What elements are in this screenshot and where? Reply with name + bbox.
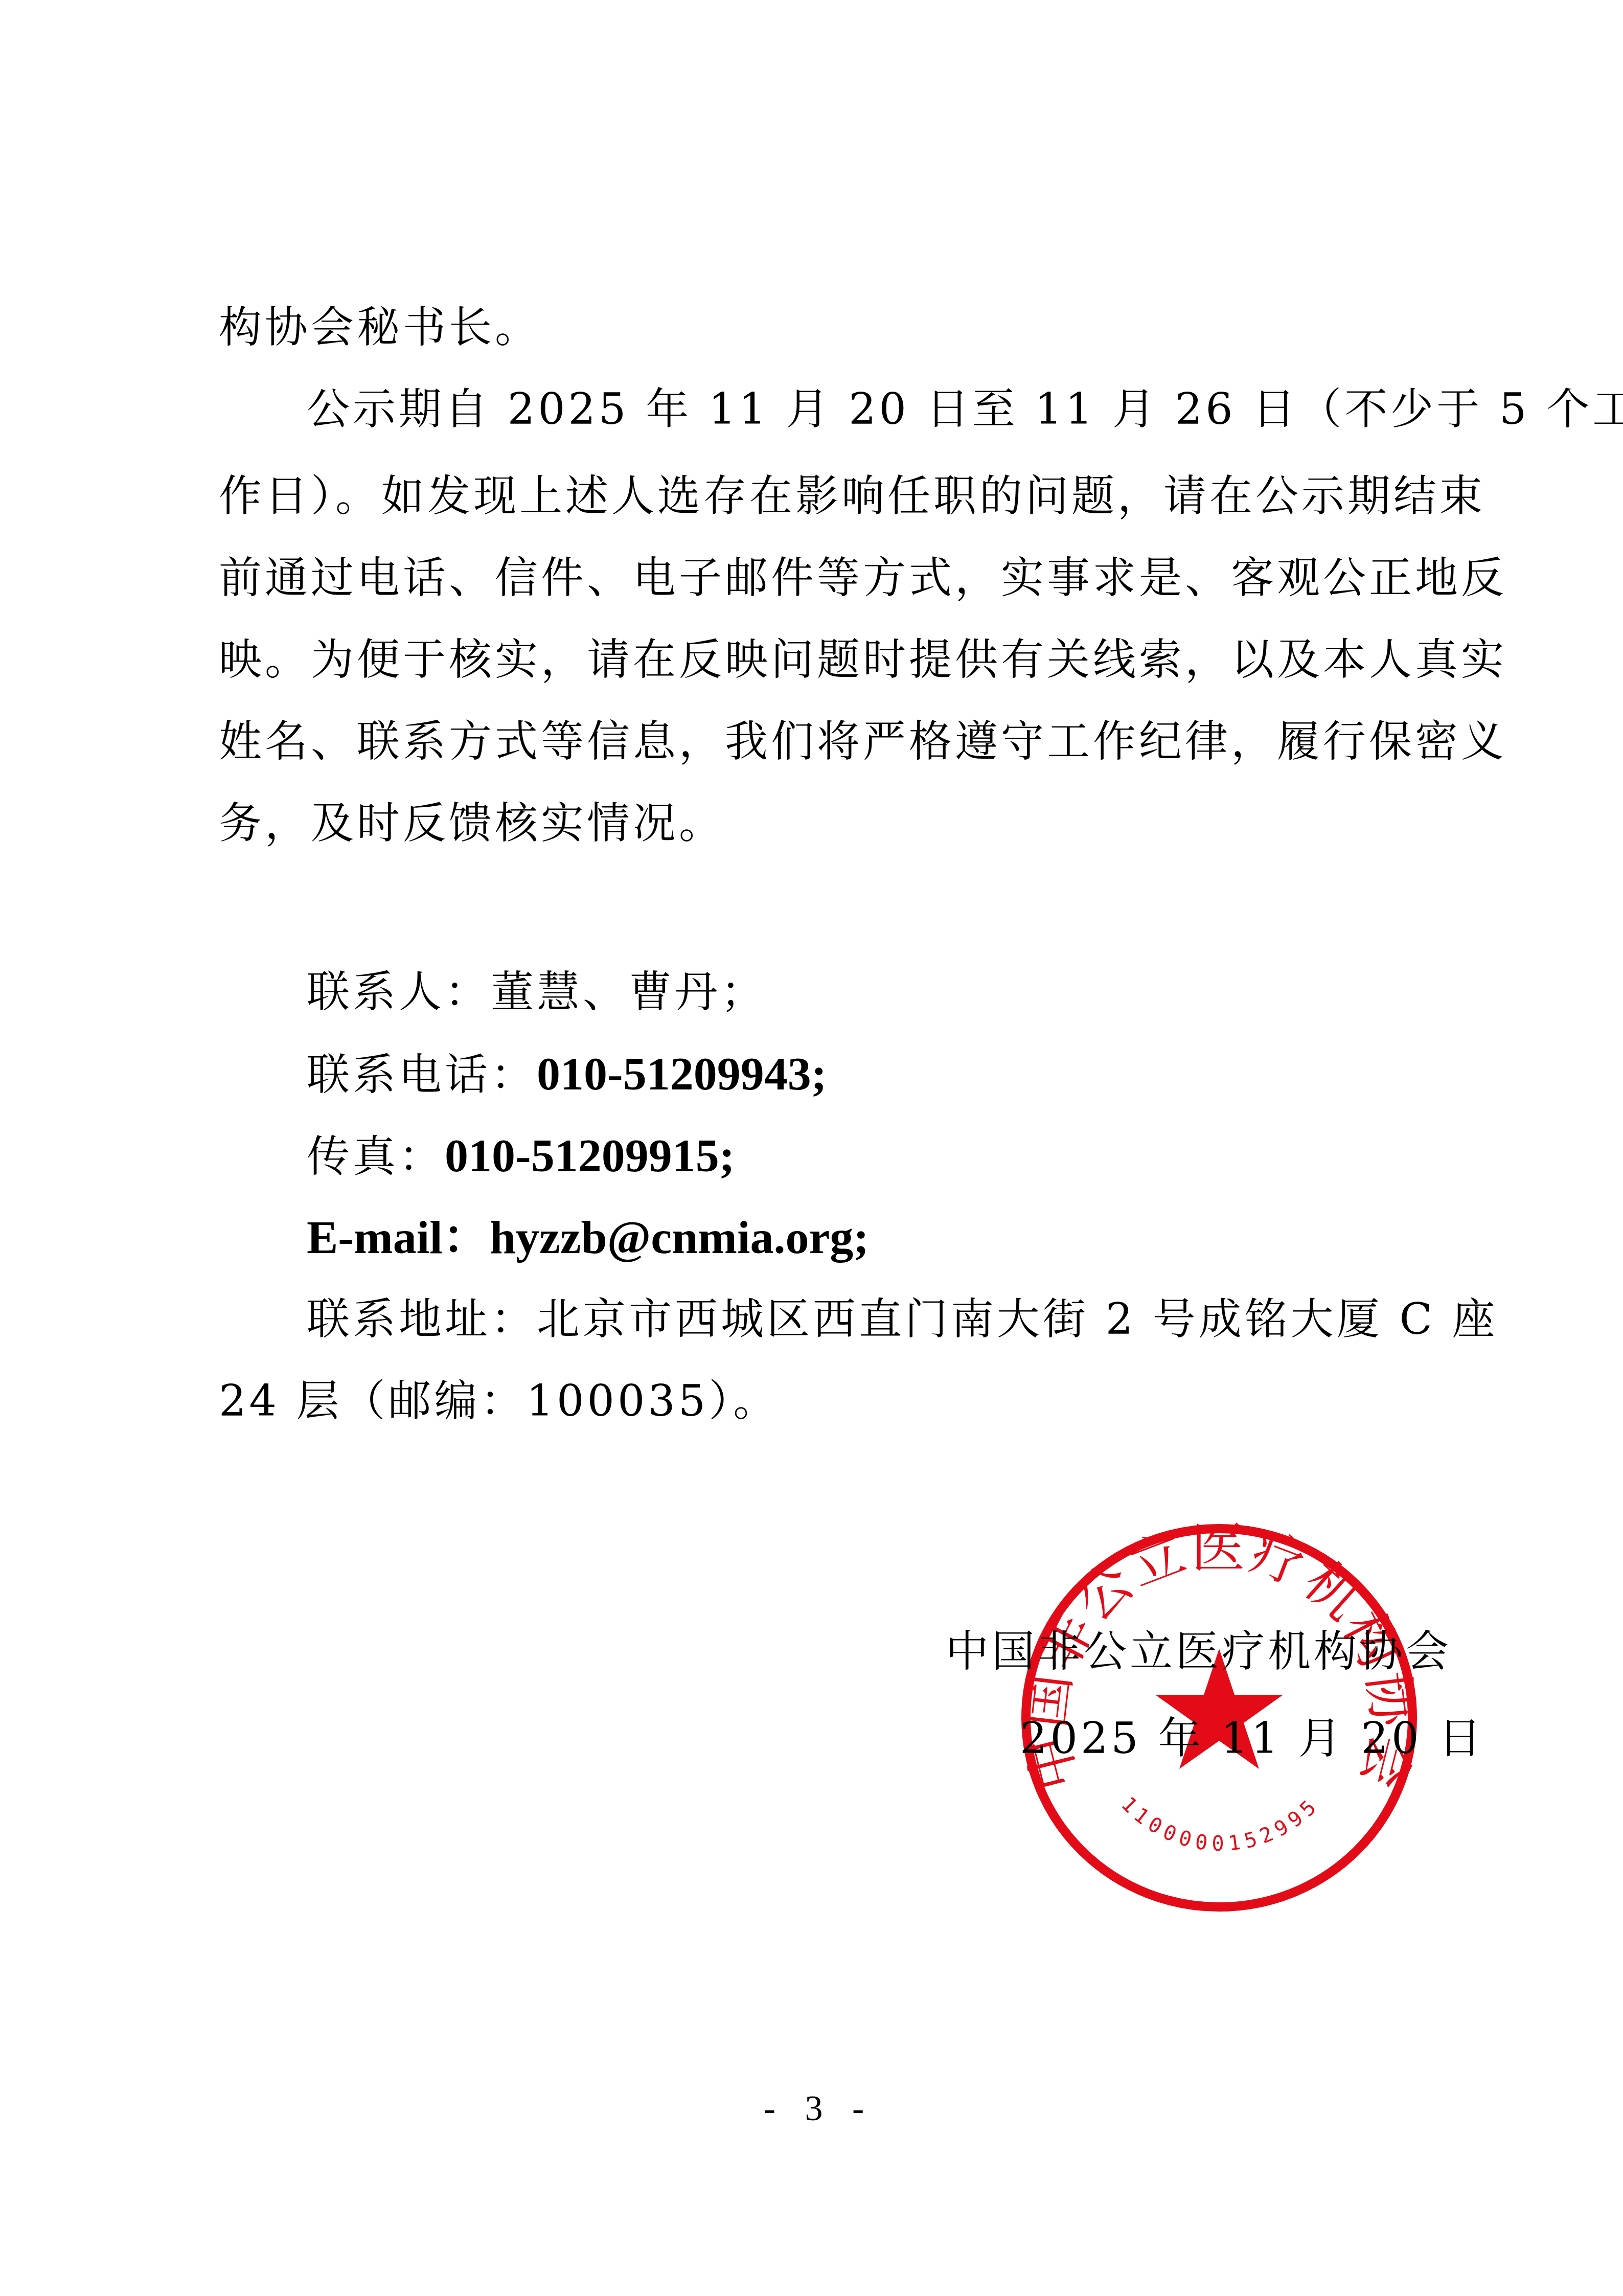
body-line-7: 务，及时反馈核实情况。 — [219, 798, 725, 849]
contact-phone-label: 联系电话： — [307, 1050, 537, 1100]
contact-address-line-2: 24 层（邮编：100035）。 — [219, 1375, 779, 1426]
signature-date-text: 2025 年 11 月 20 日 — [1020, 1713, 1484, 1763]
contact-email: E-mail：hyzzb@cnmia.org; — [307, 1212, 869, 1264]
body-line-2: 公示期自 2025 年 11 月 20 日至 11 月 26 日（不少于 5 个… — [307, 383, 1426, 435]
page-number: - 3 - — [760, 2088, 878, 2129]
contact-fax-label: 传真： — [307, 1131, 445, 1181]
body-line-5: 映。为便于核实，请在反映问题时提供有关线索，以及本人真实 — [219, 634, 1425, 685]
contact-email-value: hyzzb@cnmia.org; — [490, 1211, 869, 1263]
body-line-4: 前通过电话、信件、电子邮件等方式，实事求是、客观公正地反 — [219, 552, 1425, 603]
contact-fax: 传真：010-51209915; — [307, 1130, 735, 1182]
contact-person: 联系人：董慧、曹丹； — [307, 966, 767, 1017]
svg-text:1100000152995: 1100000152995 — [1116, 1792, 1324, 1856]
signature-date: 2025 年 11 月 20 日 — [1020, 1713, 1484, 1764]
contact-phone: 联系电话：010-51209943; — [307, 1048, 827, 1100]
contact-email-label: E-mail： — [307, 1211, 490, 1263]
body-line-6: 姓名、联系方式等信息，我们将严格遵守工作纪律，履行保密义 — [219, 716, 1425, 767]
body-line-3: 作日）。如发现上述人选存在影响任职的问题，请在公示期结束 — [219, 470, 1425, 521]
body-line-1: 构协会秘书长。 — [219, 302, 541, 353]
signature-organization: 中国非公立医疗机构协会 — [946, 1626, 1452, 1677]
contact-fax-value: 010-51209915; — [445, 1129, 735, 1181]
contact-phone-value: 010-51209943; — [537, 1048, 827, 1100]
document-page: 构协会秘书长。 公示期自 2025 年 11 月 20 日至 11 月 26 日… — [0, 0, 1623, 2296]
contact-address-line-1: 联系地址：北京市西城区西直门南大街 2 号成铭大厦 C 座 — [307, 1293, 1426, 1345]
